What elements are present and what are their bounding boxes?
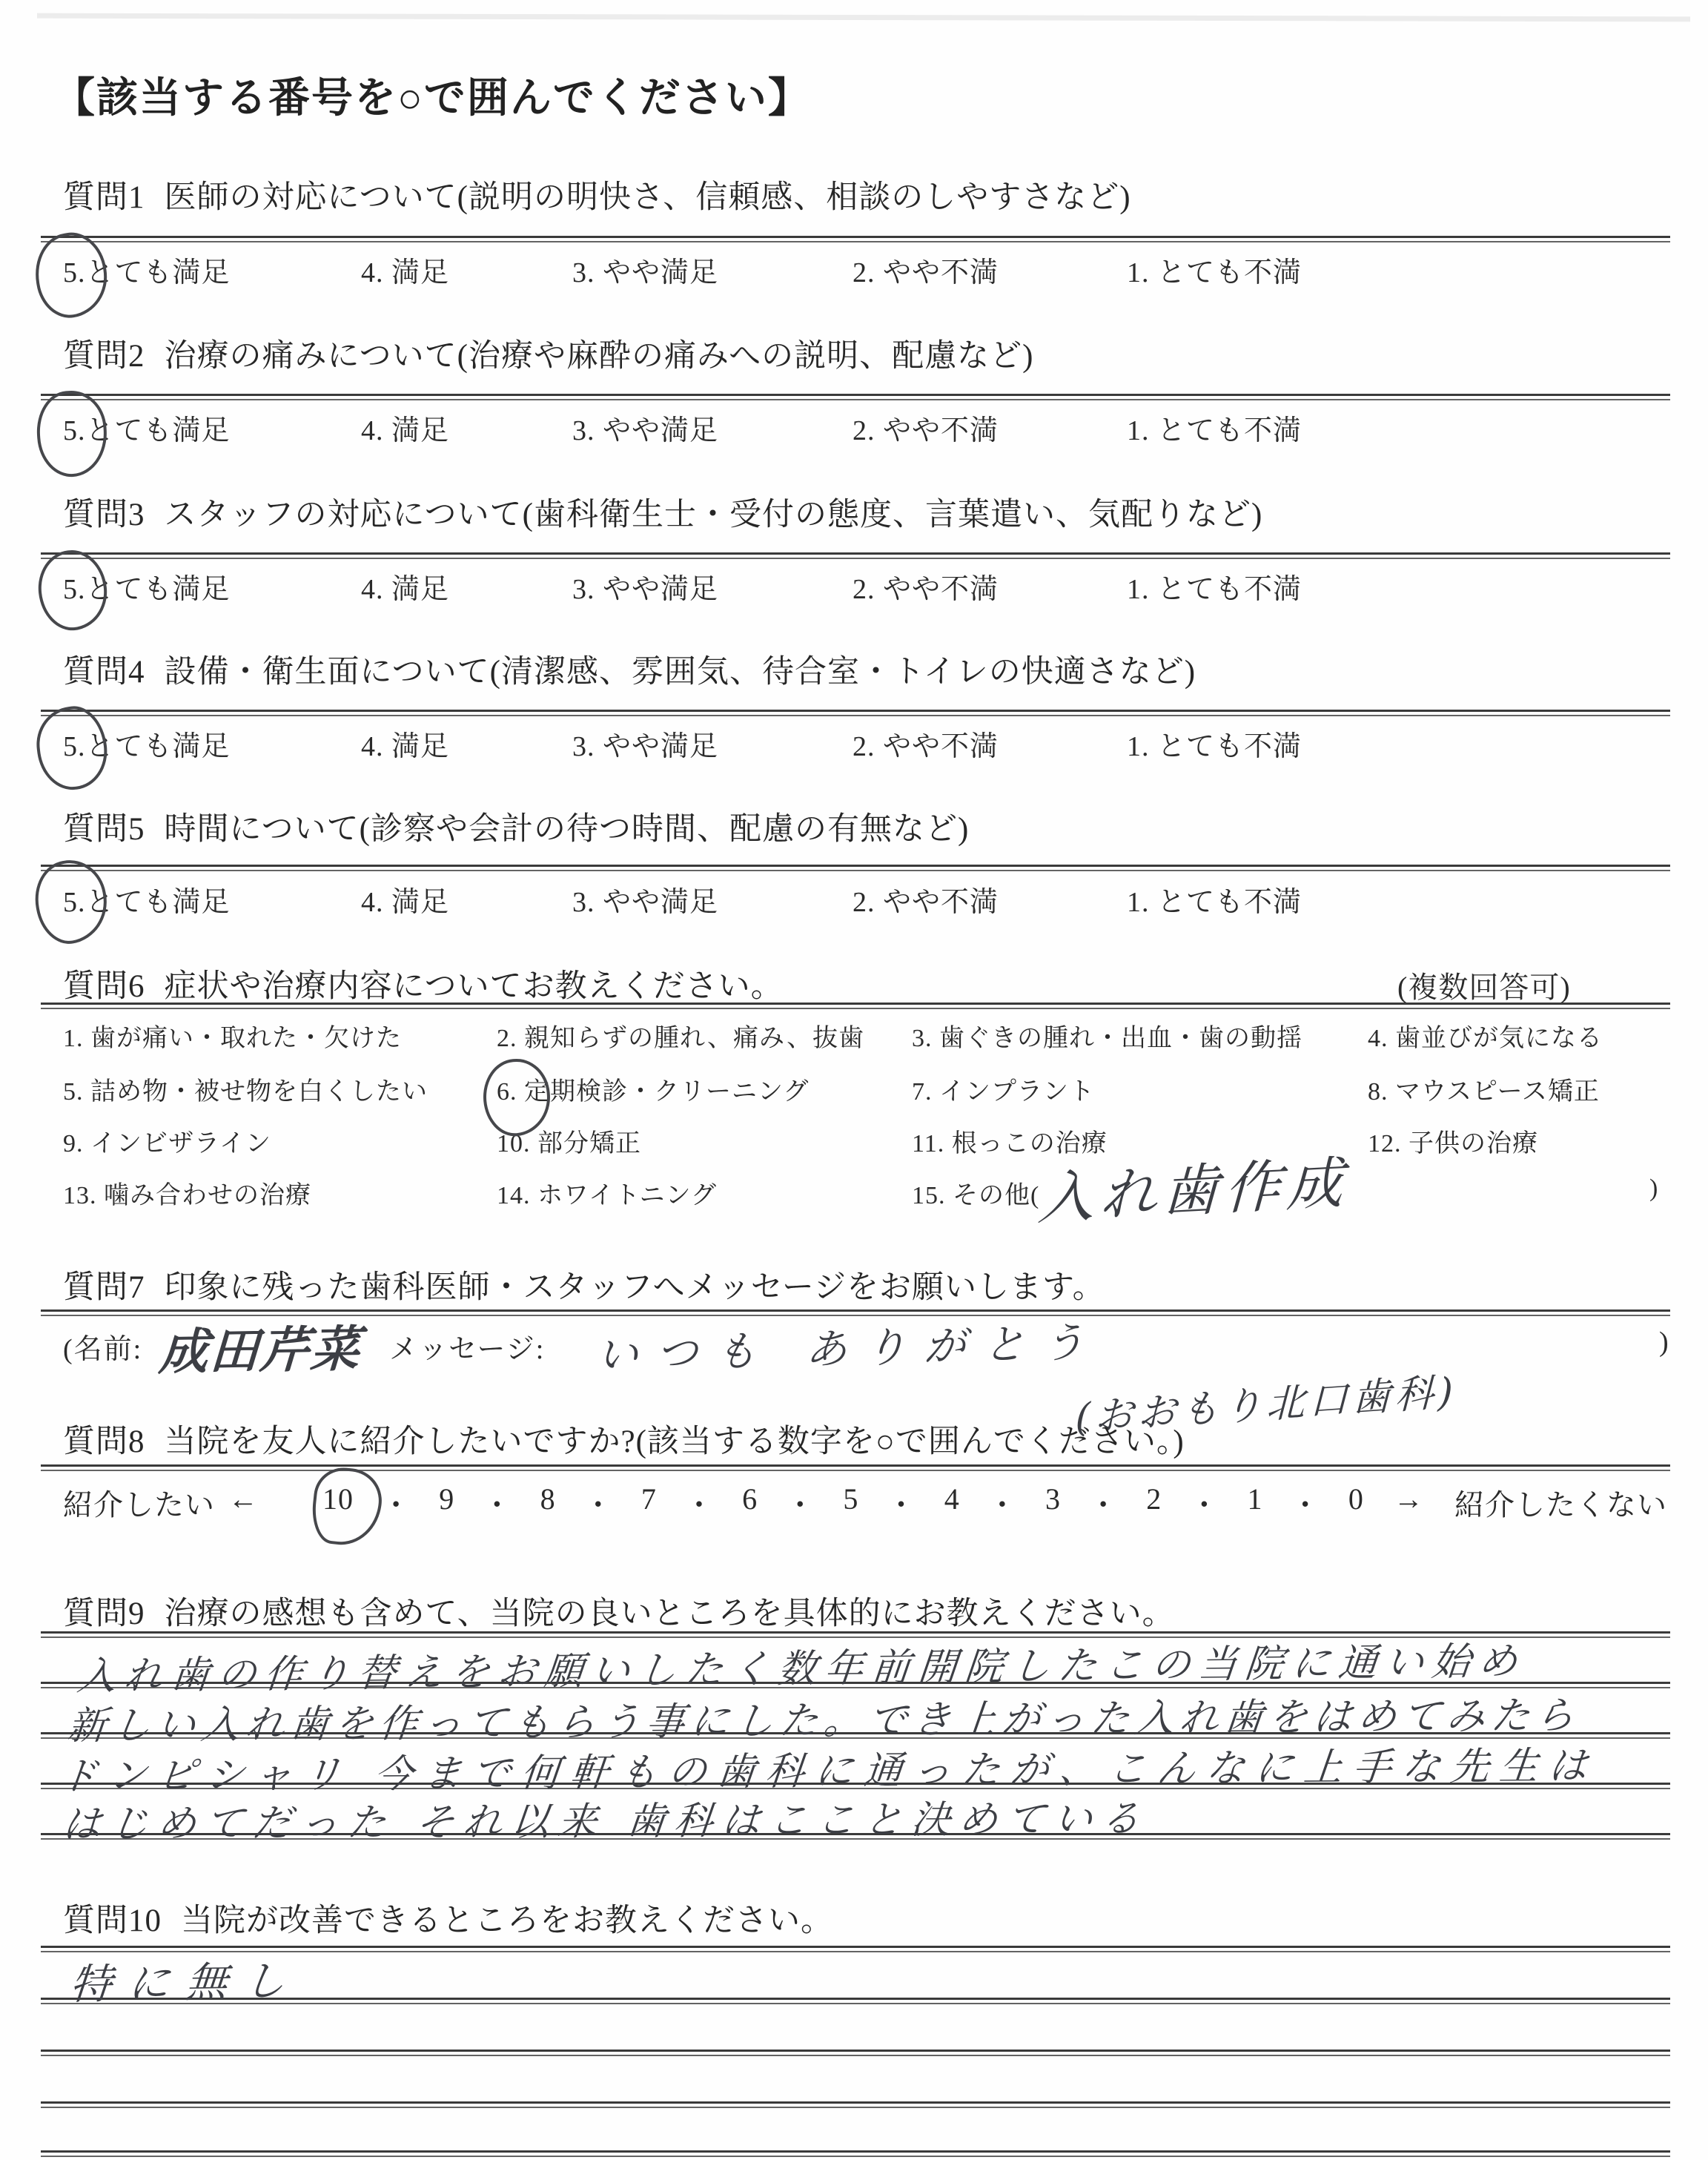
question-2-title: 治療の痛みについて(治療や麻酔の痛みへの説明、配慮など) — [165, 339, 1034, 374]
q8-dot: ・ — [1189, 1482, 1219, 1524]
answer-line — [41, 2101, 1670, 2108]
q8-scale-4: 4 — [944, 1482, 960, 1516]
q8-dot: ・ — [987, 1482, 1018, 1524]
scanned-survey-page: 【該当する番号を○で囲んでください】 質問1医師の対応について(説明の明快さ、信… — [0, 0, 1708, 2160]
q8-dot: ・ — [381, 1482, 411, 1524]
divider-line — [41, 710, 1670, 716]
q8-dot: ・ — [583, 1482, 614, 1524]
divider-line — [41, 1464, 1670, 1471]
handwriting-q6-other-answer: 入れ歯作成 — [1036, 1137, 1350, 1235]
q2-option-3-somewhat-satisfied: 3. やや満足 — [572, 407, 718, 448]
q6-item-5: 5. 詰め物・被せ物を白くしたい — [63, 1071, 428, 1107]
q5-option-4-satisfied: 4. 満足 — [361, 879, 449, 919]
handwriting-q10-answer: 特に無し — [68, 1948, 305, 2012]
q8-scale-1: 1 — [1248, 1482, 1263, 1516]
handwriting-q7-name: 成田芹菜 — [158, 1309, 363, 1384]
q8-scale-5: 5 — [843, 1482, 858, 1516]
scan-artifact-line — [37, 13, 1690, 22]
q1-option-4-satisfied: 4. 満足 — [361, 249, 449, 290]
q8-dot: ・ — [684, 1482, 715, 1524]
q4-option-4-satisfied: 4. 満足 — [361, 723, 449, 764]
q6-item-15-other: 15. その他( — [912, 1175, 1039, 1211]
q2-option-1-very-dissatisfied: 1. とても不満 — [1127, 407, 1302, 448]
question-3-number: 質問3 — [63, 498, 145, 532]
q5-option-1-very-dissatisfied: 1. とても不満 — [1127, 879, 1302, 919]
q8-scale-6: 6 — [742, 1482, 758, 1516]
q8-scale-8: 8 — [540, 1482, 556, 1516]
question-9-number: 質問9 — [63, 1596, 145, 1631]
q6-item-3: 3. 歯ぐきの腫れ・出血・歯の動揺 — [912, 1017, 1302, 1054]
question-7-number: 質問7 — [63, 1270, 145, 1305]
answer-line — [41, 2050, 1670, 2056]
question-1-number: 質問1 — [63, 180, 145, 215]
q3-option-1-very-dissatisfied: 1. とても不満 — [1127, 566, 1302, 607]
question-5-number: 質問5 — [63, 812, 145, 847]
question-10-number: 質問10 — [63, 1903, 162, 1938]
question-4-title: 設備・衛生面について(清潔感、雰囲気、待合室・トイレの快適さなど) — [165, 655, 1196, 690]
question-3-title: スタッフの対応について(歯科衛生士・受付の態度、言葉遣い、気配りなど) — [165, 498, 1263, 532]
q8-scale-7: 7 — [641, 1482, 657, 1516]
q1-option-2-somewhat-dissatisfied: 2. やや不満 — [853, 249, 999, 290]
q1-option-3-somewhat-satisfied: 3. やや満足 — [572, 249, 718, 290]
q7-close-paren: ) — [1659, 1326, 1670, 1358]
q6-item-14: 14. ホワイトニング — [497, 1175, 717, 1211]
q2-option-2-somewhat-dissatisfied: 2. やや不満 — [853, 407, 999, 448]
q2-option-4-satisfied: 4. 満足 — [361, 407, 449, 448]
divider-line — [41, 865, 1670, 871]
question-2-number: 質問2 — [63, 339, 145, 374]
handdrawn-circle-q4-answer-5 — [33, 703, 112, 794]
q6-multiple-answers-note: (複数回答可) — [1397, 964, 1571, 1006]
q5-option-2-somewhat-dissatisfied: 2. やや不満 — [853, 879, 999, 919]
question-8-title: 当院を友人に紹介したいですか?(該当する数字を○で囲んでください。) — [165, 1424, 1185, 1459]
q4-option-2-somewhat-dissatisfied: 2. やや不満 — [853, 723, 999, 764]
question-5-title: 時間について(診察や会計の待つ時間、配慮の有無など) — [165, 812, 970, 847]
question-9-title: 治療の感想も含めて、当院の良いところを具体的にお教えください。 — [165, 1596, 1175, 1631]
question-8-number: 質問8 — [63, 1424, 145, 1459]
handdrawn-circle-q2-answer-5 — [34, 389, 110, 479]
q6-item-2: 2. 親知らずの腫れ、痛み、抜歯 — [497, 1017, 864, 1054]
question-7-title: 印象に残った歯科医師・スタッフへメッセージをお願いします。 — [165, 1270, 1105, 1305]
q8-right-arrow: → — [1394, 1482, 1424, 1516]
question-6-title: 症状や治療内容についてお教えください。 — [165, 969, 784, 1004]
q8-dot: ・ — [1291, 1482, 1321, 1524]
q8-scale-9: 9 — [439, 1482, 454, 1516]
q4-option-3-somewhat-satisfied: 3. やや満足 — [572, 723, 718, 764]
divider-line — [41, 1003, 1670, 1009]
handdrawn-circle-q8-answer-10 — [309, 1464, 385, 1548]
handwriting-q7-message: いつも ありがとう — [595, 1309, 1103, 1382]
q6-item-12: 12. 子供の治療 — [1368, 1123, 1538, 1159]
handwriting-q9-line-4: はじめてだった それ以来 歯科はここと決めている — [60, 1787, 1152, 1849]
q8-scale-2: 2 — [1146, 1482, 1162, 1516]
q6-item-4: 4. 歯並びが気になる — [1368, 1017, 1603, 1054]
q8-dot: ・ — [482, 1482, 512, 1524]
q8-scale-row: 10 ・ 9 ・ 8 ・ 7 ・ 6 ・ 5 ・ 4 ・ 3 ・ 2 ・ 1 ・… — [322, 1482, 1364, 1524]
question-1-title: 医師の対応について(説明の明快さ、信頼感、相談のしやすさなど) — [165, 180, 1131, 215]
q8-right-label-dont-want-to-refer: 紹介したくない — [1454, 1482, 1667, 1524]
q7-message-label: メッセージ: — [389, 1326, 545, 1367]
q7-name-label: (名前: — [63, 1326, 142, 1367]
q6-item-7: 7. インプラント — [912, 1071, 1095, 1107]
q8-left-arrow: ← — [228, 1482, 259, 1516]
q4-option-1-very-dissatisfied: 1. とても不満 — [1127, 723, 1302, 764]
q1-option-1-very-dissatisfied: 1. とても不満 — [1127, 249, 1302, 290]
q3-option-4-satisfied: 4. 満足 — [361, 566, 449, 607]
answer-line — [41, 2150, 1670, 2157]
q3-option-2-somewhat-dissatisfied: 2. やや不満 — [853, 566, 999, 607]
q6-other-close-paren: ) — [1649, 1175, 1658, 1203]
q8-left-label-want-to-refer: 紹介したい — [63, 1482, 215, 1524]
q8-dot: ・ — [785, 1482, 815, 1524]
handdrawn-circle-q3-answer-5 — [35, 546, 111, 633]
divider-line — [41, 552, 1670, 559]
question-4-number: 質問4 — [63, 655, 145, 690]
divider-line — [41, 236, 1670, 242]
q8-dot: ・ — [1088, 1482, 1119, 1524]
q6-item-8: 8. マウスピース矯正 — [1368, 1071, 1600, 1107]
q3-option-3-somewhat-satisfied: 3. やや満足 — [572, 566, 718, 607]
q8-scale-3: 3 — [1045, 1482, 1061, 1516]
q8-dot: ・ — [887, 1482, 917, 1524]
q8-scale-0: 0 — [1348, 1482, 1364, 1516]
q5-option-3-somewhat-satisfied: 3. やや満足 — [572, 879, 718, 919]
question-6-number: 質問6 — [63, 969, 145, 1004]
q6-item-13: 13. 噛み合わせの治療 — [63, 1175, 311, 1211]
page-title: 【該当する番号を○で囲んでください】 — [53, 65, 811, 125]
q6-item-1: 1. 歯が痛い・取れた・欠けた — [63, 1017, 402, 1054]
divider-line — [41, 394, 1670, 400]
question-10-title: 当院が改善できるところをお教えください。 — [181, 1903, 833, 1938]
q6-item-9: 9. インビザライン — [63, 1123, 271, 1159]
